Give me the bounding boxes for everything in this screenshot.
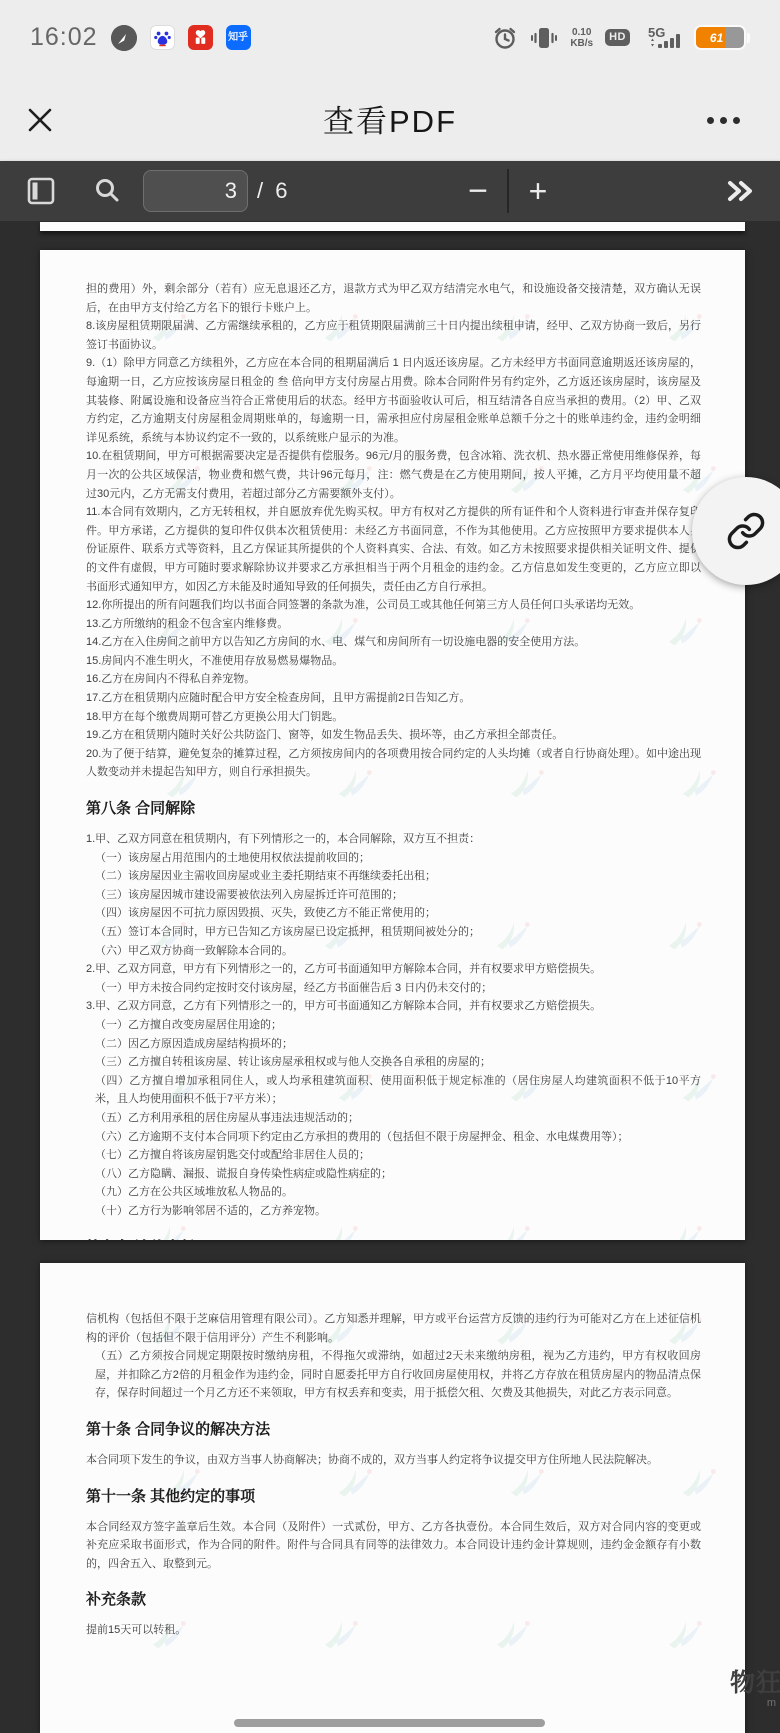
contract-paragraph: 提前15天可以转租。 bbox=[86, 1621, 701, 1640]
more-dots-icon bbox=[707, 117, 714, 124]
contract-paragraph: （八）乙方隐瞒、漏报、谎报自身传染性病症或隐性病症的； bbox=[86, 1165, 701, 1184]
contract-paragraph: 20.为了便于结算，避免复杂的摊算过程，乙方须按房间内的各项费用按合同约定的人头… bbox=[86, 745, 701, 782]
top-bar-block: 16:02 知乎 0.10 KB/s bbox=[0, 0, 780, 161]
contract-paragraph: （五）签订本合同时，甲方已告知乙方该房屋已设定抵押，租赁期间被处分的； bbox=[86, 923, 701, 942]
contract-paragraph: （十）乙方行为影响邻居不适的，乙方养宠物。 bbox=[86, 1202, 701, 1221]
toolbar-divider bbox=[507, 169, 509, 213]
contract-paragraph: （一）乙方擅自改变房屋居住用途的； bbox=[86, 1016, 701, 1035]
contract-paragraph: 14.乙方在入住房间之前甲方以告知乙方房间的水、电、煤气和房间所有一切设施电器的… bbox=[86, 633, 701, 652]
double-chevron-right-icon bbox=[724, 176, 758, 206]
alarm-icon bbox=[492, 25, 518, 51]
network-speed-unit: KB/s bbox=[570, 38, 593, 49]
battery-percent-text: 61 bbox=[710, 31, 723, 45]
contract-paragraph: 19.乙方在租赁期内随时关好公共防盗门、窗等，如发生物品丢失、损坏等，由乙方承担… bbox=[86, 726, 701, 745]
pdf-viewer-canvas[interactable]: 担的费用）外，剩余部分（若有）应无息退还乙方，退款方式为甲乙双方结清完水电气，和… bbox=[0, 221, 780, 1733]
contract-paragraph: 8.该房屋租赁期限届满、乙方需继续承租的，乙方应于租赁期限届满前三十日内提出续租… bbox=[86, 317, 701, 354]
contract-section-heading: 第十一条 其他约定的事项 bbox=[86, 1487, 701, 1507]
app-header: 查看PDF bbox=[0, 75, 780, 161]
contract-paragraph: 15.房间内不准生明火，不准使用存放易燃易爆物品。 bbox=[86, 652, 701, 671]
contract-paragraph: 10.在租赁期间，甲方可根据需要决定是否提供有偿服务。96元/月的服务费，包含冰… bbox=[86, 447, 701, 503]
more-menu-button[interactable] bbox=[707, 108, 740, 132]
link-icon bbox=[726, 511, 766, 551]
zhihu-icon-label: 知乎 bbox=[228, 33, 248, 43]
sidebar-panel-icon bbox=[25, 175, 57, 207]
zoom-in-button[interactable]: + bbox=[515, 161, 561, 221]
more-tools-button[interactable] bbox=[718, 161, 764, 221]
search-button[interactable] bbox=[92, 176, 122, 206]
contract-paragraph: 17.乙方在租赁期内应随时配合甲方安全检查房间，且甲方需提前2日告知乙方。 bbox=[86, 689, 701, 708]
contract-paragraph: （一）甲方未按合同约定按时交付该房屋，经乙方书面催告后 3 日内仍未交付的； bbox=[86, 979, 701, 998]
contract-paragraph: 本合同经双方签字盖章后生效。本合同（及附件）一式贰份，甲方、乙方各执壹份。本合同… bbox=[86, 1518, 701, 1574]
contract-paragraph: 2.甲、乙双方同意，甲方有下列情形之一的，乙方可书面通知甲方解除本合同，并有权要… bbox=[86, 960, 701, 979]
5g-signal-icon: 5G bbox=[642, 24, 682, 52]
pdf-page-4: 信机构（包括但不限于芝麻信用管理有限公司）。乙方知悉并理解，甲方或平台运营方反馈… bbox=[40, 1263, 745, 1733]
contract-paragraph: 11.本合同有效期内，乙方无转租权，并自愿放弃优先购买权。甲方有权对乙方提供的所… bbox=[86, 503, 701, 596]
zoom-out-button[interactable]: − bbox=[455, 161, 501, 221]
contract-paragraph: （三）乙方擅自转租该房屋、转让该房屋承租权或与他人交换各自承租的房屋的； bbox=[86, 1053, 701, 1072]
contract-paragraph: 信机构（包括但不限于芝麻信用管理有限公司）。乙方知悉并理解，甲方或平台运营方反馈… bbox=[86, 1310, 701, 1347]
contract-paragraph: 9.（1）除甲方同意乙方续租外，乙方应在本合同的租期届满后 1 日内返还该房屋。… bbox=[86, 354, 701, 447]
baidu-notification-icon bbox=[150, 25, 175, 50]
contract-paragraph: （四）乙方擅自增加承租同住人，或人均承租建筑面积、使用面积低于规定标准的（居住房… bbox=[86, 1072, 701, 1109]
page-number-input[interactable]: 3 bbox=[143, 170, 248, 212]
previous-page-edge bbox=[40, 222, 745, 231]
contract-section-heading: 第十条 合同争议的解决方法 bbox=[86, 1420, 701, 1440]
contract-paragraph: 3.甲、乙双方同意，乙方有下列情形之一的，甲方可书面通知乙方解除本合同，并有权要… bbox=[86, 997, 701, 1016]
contract-paragraph: 12.你所提出的所有问题我们均以书面合同签署的条款为准，公司员工或其他任何第三方… bbox=[86, 596, 701, 615]
network-speed-indicator: 0.10 KB/s bbox=[570, 27, 593, 49]
status-bar-left: 16:02 知乎 bbox=[30, 0, 251, 75]
thumbnail-panel-button[interactable] bbox=[25, 175, 57, 207]
status-bar-right: 0.10 KB/s HD 5G 61 bbox=[492, 0, 750, 75]
contract-paragraph: 16.乙方在房间内不得私自养宠物。 bbox=[86, 670, 701, 689]
page-title: 查看PDF bbox=[0, 75, 780, 161]
pdf-page-3: 担的费用）外，剩余部分（若有）应无息退还乙方，退款方式为甲乙双方结清完水电气，和… bbox=[40, 250, 745, 1240]
svg-text:5G: 5G bbox=[648, 25, 665, 40]
contract-paragraph: （二）该房屋因业主需收回房屋或业主委托期结束不再继续委托出租； bbox=[86, 867, 701, 886]
contract-paragraph: （五）乙方须按合同规定期限按时缴纳房租，不得拖欠或滞纳，如超过2天未来缴纳房租，… bbox=[86, 1347, 701, 1403]
status-bar: 16:02 知乎 0.10 KB/s bbox=[0, 0, 780, 75]
contract-section-heading: 补充条款 bbox=[86, 1590, 701, 1610]
contract-section-heading: 第八条 合同解除 bbox=[86, 799, 701, 819]
network-speed-value: 0.10 bbox=[572, 27, 591, 38]
clock-text: 16:02 bbox=[30, 23, 98, 52]
contract-paragraph: （六）甲乙双方协商一致解除本合同的。 bbox=[86, 942, 701, 961]
battery-nub bbox=[747, 33, 750, 43]
contract-paragraph: （二）因乙方原因造成房屋结构损坏的； bbox=[86, 1035, 701, 1054]
contract-paragraph: （五）乙方利用承租的居住房屋从事违法违规活动的； bbox=[86, 1109, 701, 1128]
pinduoduo-notification-icon bbox=[188, 25, 213, 50]
contract-paragraph: （三）该房屋因城市建设需要被依法列入房屋拆迁许可范围的； bbox=[86, 886, 701, 905]
gesture-navigation-bar[interactable] bbox=[234, 1719, 545, 1727]
vibrate-icon bbox=[530, 25, 558, 51]
contract-paragraph: （六）乙方逾期不支付本合同项下约定由乙方承担的费用的（包括但不限于房屋押金、租金… bbox=[86, 1128, 701, 1147]
search-icon bbox=[92, 176, 122, 206]
contract-section-heading: 第九条 违约责任 bbox=[86, 1238, 701, 1241]
battery-body: 61 bbox=[694, 25, 746, 50]
hd-voice-icon: HD bbox=[605, 29, 630, 46]
contract-paragraph: 13.乙方所缴纳的租金不包含室内维修费。 bbox=[86, 615, 701, 634]
contract-paragraph: 1.甲、乙双方同意在租赁期内，有下列情形之一的，本合同解除，双方互不担责： bbox=[86, 830, 701, 849]
contract-paragraph: （九）乙方在公共区域堆放私人物品的。 bbox=[86, 1183, 701, 1202]
contract-paragraph: （七）乙方擅自将该房屋钥匙交付或配给非居住人员的； bbox=[86, 1146, 701, 1165]
contract-paragraph: 担的费用）外，剩余部分（若有）应无息退还乙方，退款方式为甲乙双方结清完水电气，和… bbox=[86, 280, 701, 317]
zhihu-notification-icon: 知乎 bbox=[226, 25, 251, 50]
battery-icon: 61 bbox=[694, 25, 750, 50]
contract-paragraph: （一）该房屋占用范围内的土地使用权依法提前收回的； bbox=[86, 849, 701, 868]
contract-paragraph: 本合同项下发生的争议，由双方当事人协商解决；协商不成的，双方当事人约定将争议提交… bbox=[86, 1451, 701, 1470]
battery-level-fill: 61 bbox=[696, 27, 725, 48]
pdf-toolbar: 3 / 6 − + bbox=[0, 161, 780, 221]
screen-brand-watermark: 物狂 m bbox=[730, 1671, 780, 1709]
brand-watermark-text: 物狂 bbox=[730, 1669, 780, 1697]
browser-notification-icon bbox=[111, 25, 137, 51]
contract-paragraph: 18.甲方在每个缴费周期可替乙方更换公用大门钥匙。 bbox=[86, 708, 701, 727]
brand-watermark-sub: m bbox=[730, 1698, 780, 1709]
contract-paragraph: （四）该房屋因不可抗力原因毁损、灭失，致使乙方不能正常使用的； bbox=[86, 904, 701, 923]
page-total-label: / 6 bbox=[257, 161, 290, 221]
